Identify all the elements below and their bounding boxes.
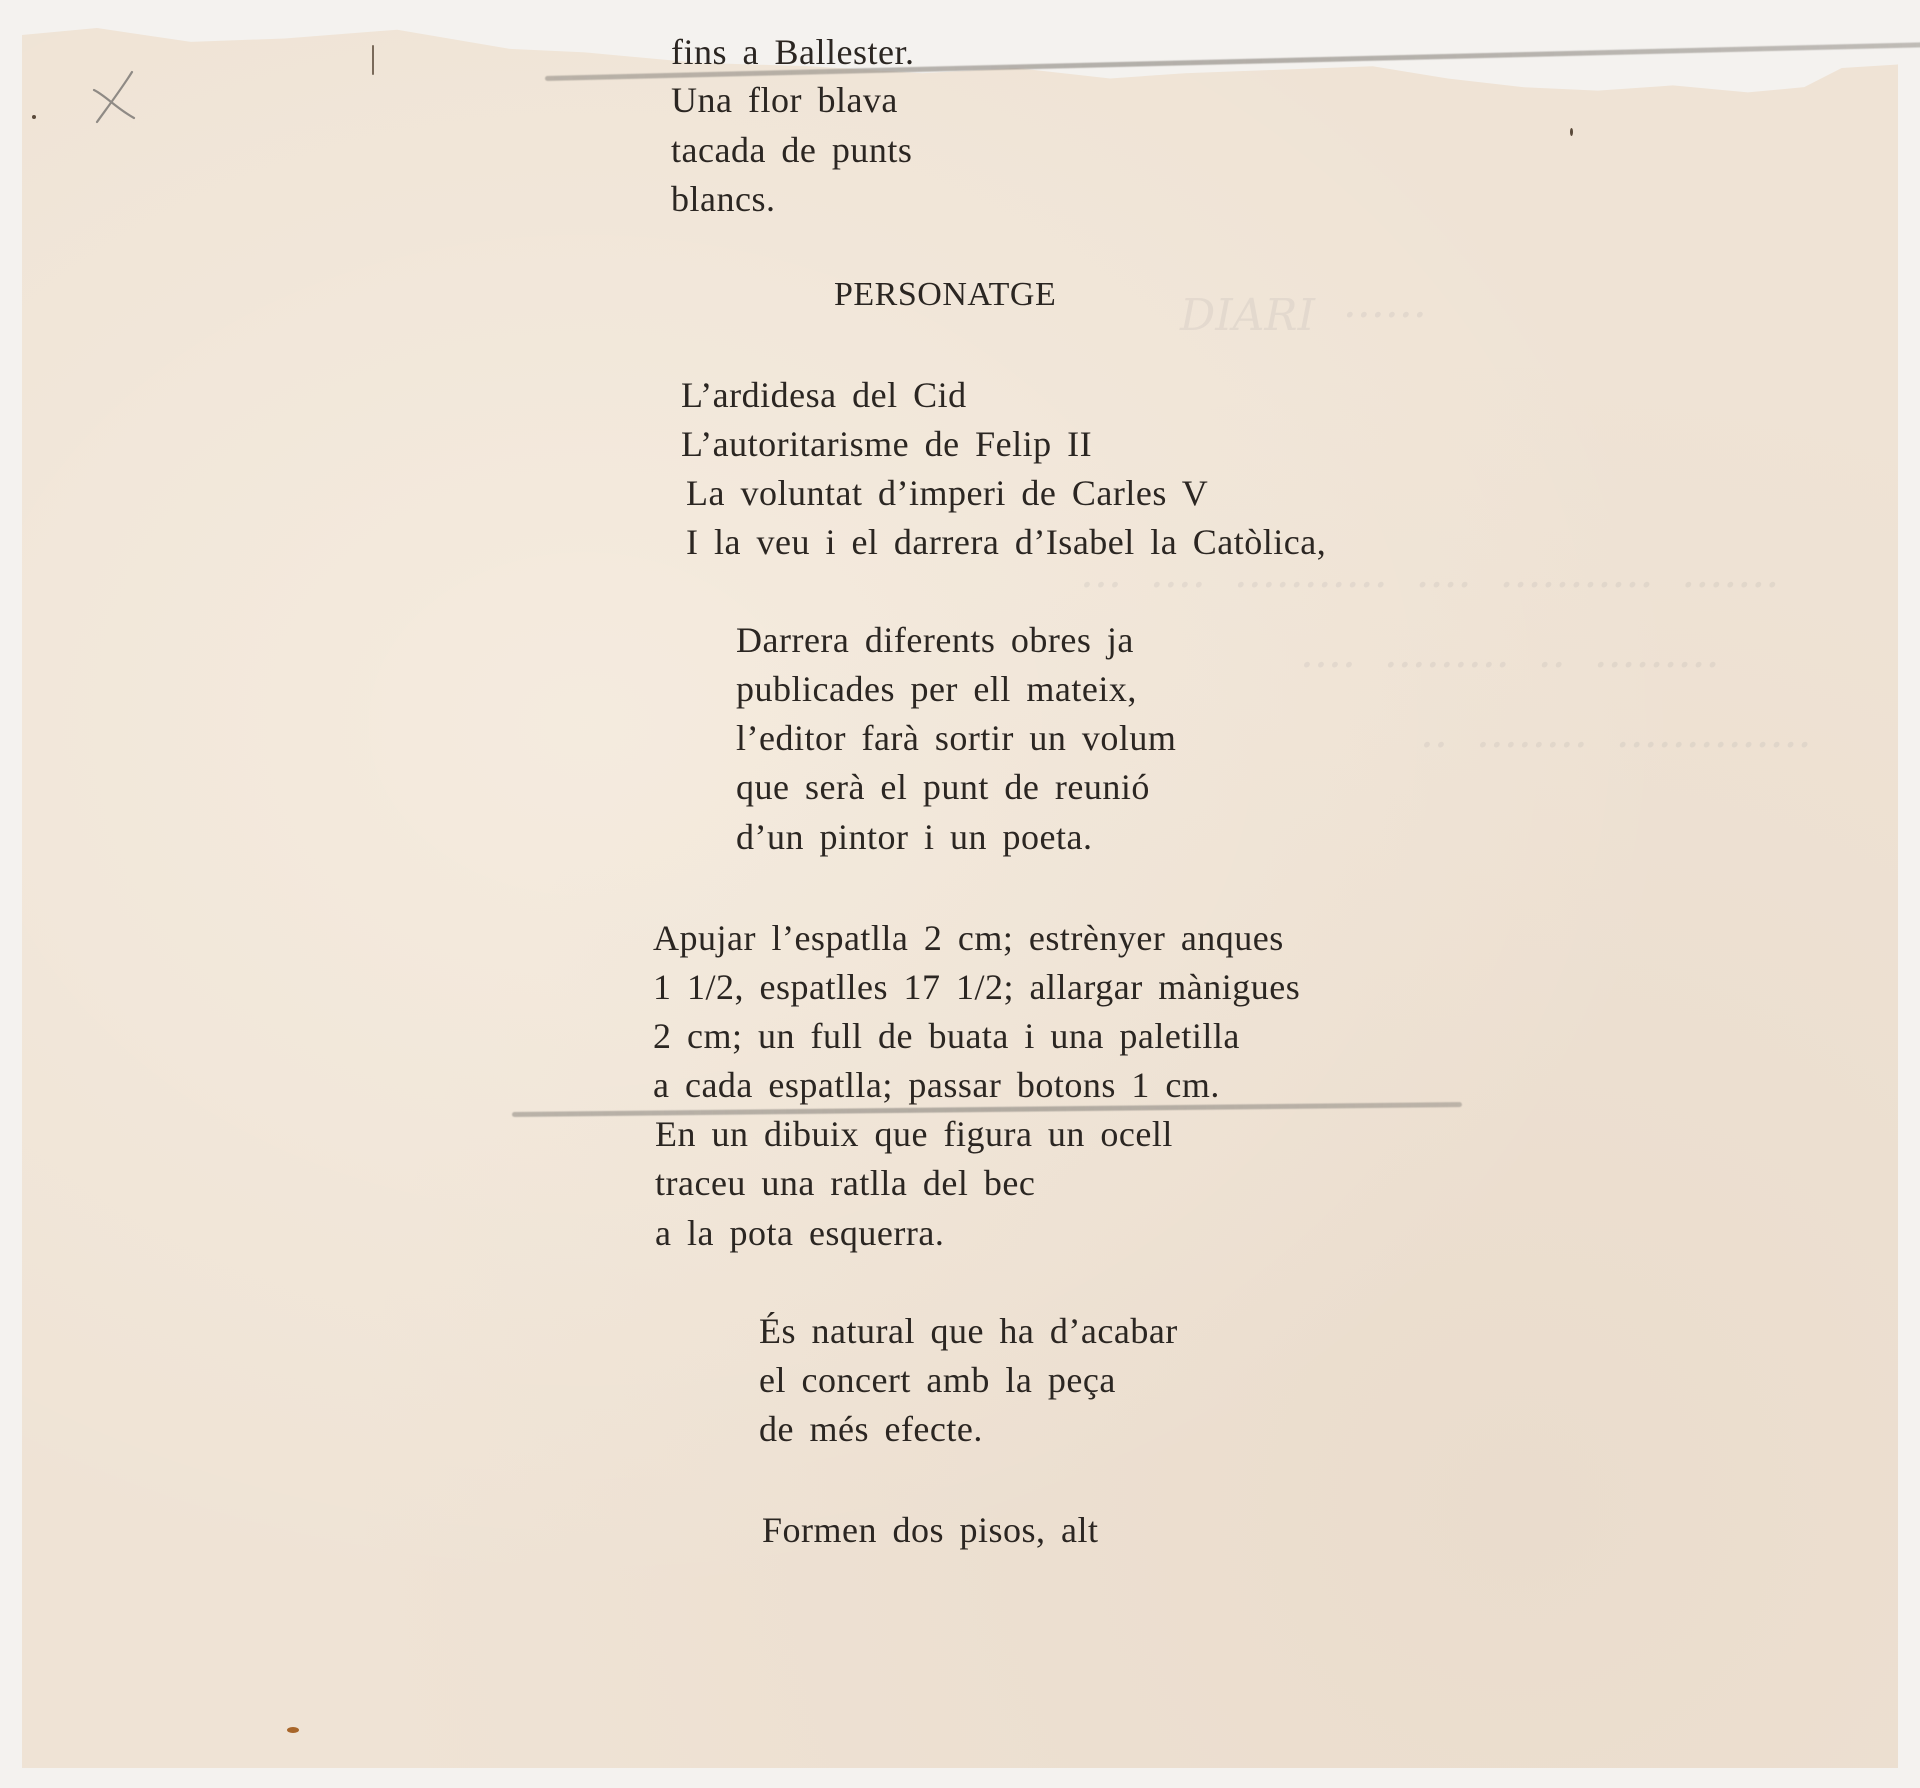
poem-line: l’editor farà sortir un volum	[736, 720, 1176, 756]
poem-line: que serà el punt de reunió	[736, 769, 1150, 805]
poem-line: L’autoritarisme de Felip II	[681, 426, 1092, 462]
poem-line: el concert amb la peça	[759, 1362, 1116, 1398]
poem-line: traceu una ratlla del bec	[655, 1165, 1035, 1201]
speck	[32, 115, 36, 119]
poem-line: d’un pintor i un poeta.	[736, 819, 1092, 855]
poem-line: publicades per ell mateix,	[736, 671, 1137, 707]
poem-line: a cada espatlla; passar botons 1 cm.	[653, 1067, 1220, 1103]
poem-line: 1 1/2, espatlles 17 1/2; allargar mànigu…	[653, 969, 1300, 1005]
poem-line: blancs.	[671, 181, 775, 217]
speck	[372, 45, 374, 75]
bleed-through-text: DIARI ······	[1180, 290, 1427, 341]
poem-line: Formen dos pisos, alt	[762, 1512, 1099, 1548]
poem-line: I la veu i el darrera d’Isabel la Catòli…	[686, 524, 1326, 560]
pencil-x-mark-icon	[92, 70, 142, 125]
poem-title: PERSONATGE	[834, 278, 1056, 312]
bleed-through-text: ··· ···· ··········· ···· ··········· ··…	[1080, 560, 1779, 611]
poem-line: Una flor blava	[671, 82, 898, 118]
poem-line: En un dibuix que figura un ocell	[655, 1116, 1173, 1152]
poem-line: tacada de punts	[671, 132, 912, 168]
poem-line: de més efecte.	[759, 1411, 983, 1447]
speck	[1570, 128, 1573, 136]
poem-line: La voluntat d’imperi de Carles V	[686, 475, 1208, 511]
poem-line: fins a Ballester.	[671, 34, 914, 70]
poem-line: L’ardidesa del Cid	[681, 377, 967, 413]
poem-line: a la pota esquerra.	[655, 1215, 944, 1251]
poem-line: Darrera diferents obres ja	[736, 622, 1134, 658]
poem-line: És natural que ha d’acabar	[759, 1313, 1178, 1349]
bleed-through-text: ·· ········ ··············	[1420, 720, 1812, 771]
speck	[287, 1727, 299, 1733]
bleed-through-text: ···· ········· ·· ·········	[1300, 640, 1720, 691]
poem-line: Apujar l’espatlla 2 cm; estrènyer anques	[653, 920, 1284, 956]
poem-line: 2 cm; un full de buata i una paletilla	[653, 1018, 1240, 1054]
